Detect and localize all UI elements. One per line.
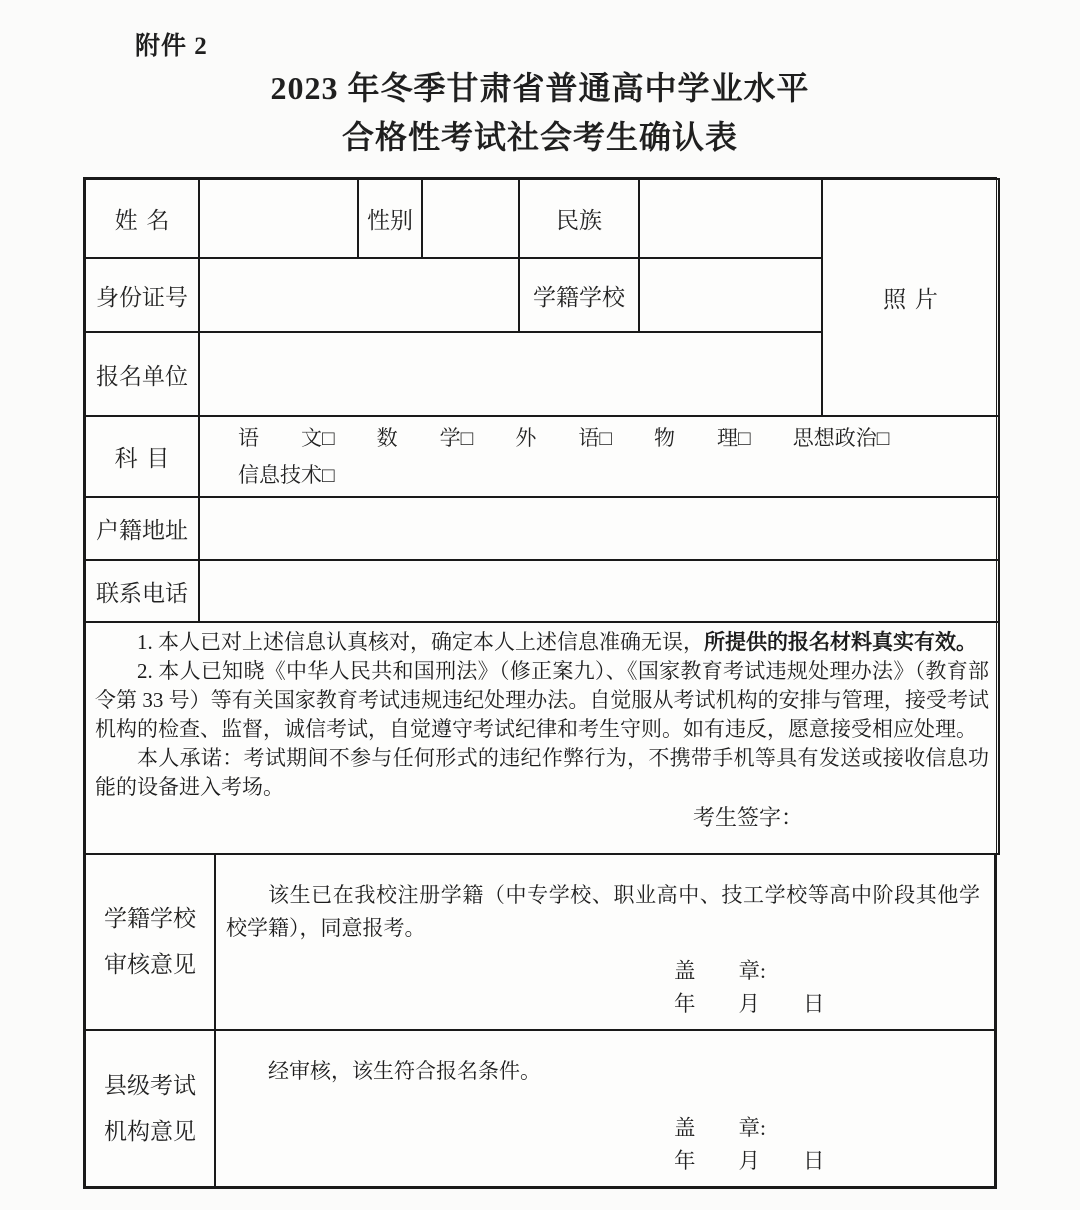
county-review-label-line2: 机构意见 (86, 1109, 214, 1155)
name-value-cell (199, 179, 358, 258)
registration-unit-label: 报名单位 (85, 332, 199, 416)
subjects-line2: 信息技术□ (238, 457, 998, 494)
school-review-label-line2: 审核意见 (86, 942, 214, 988)
school-review-stamp-block: 盖 章: 年 月 日 (674, 955, 980, 1021)
declaration-item1: 1. 本人已对上述信息认真核对，确定本人上述信息准确无误，所提供的报名材料真实有… (95, 628, 989, 657)
row-county-review: 县级考试 机构意见 经审核，该生符合报名条件。 盖 章: 年 月 日 (85, 1030, 995, 1187)
subjects-label: 科目 (85, 416, 199, 497)
household-address-label: 户籍地址 (85, 497, 199, 560)
declaration-cell: 1. 本人已对上述信息认真核对，确定本人上述信息准确无误，所提供的报名材料真实有… (85, 622, 999, 854)
county-review-date-label: 年 月 日 (674, 1145, 980, 1178)
subjects-line1: 语 文□ 数 学□ 外 语□ 物 理□ 思想政治□ (238, 420, 998, 457)
id-number-value-cell (199, 258, 519, 332)
row-contact-phone: 联系电话 (85, 560, 999, 622)
row-household-address: 户籍地址 (85, 497, 999, 560)
county-review-label-line1: 县级考试 (86, 1063, 214, 1109)
gender-value-cell (422, 179, 519, 258)
household-address-value-cell (199, 497, 999, 560)
id-number-label: 身份证号 (85, 258, 199, 332)
attachment-label: 附件 2 (135, 26, 208, 62)
school-review-stamp-label: 盖 章: (674, 955, 980, 988)
county-review-content-cell: 经审核，该生符合报名条件。 盖 章: 年 月 日 (215, 1030, 995, 1187)
ethnicity-value-cell (639, 179, 822, 258)
registration-unit-value-cell (199, 332, 822, 416)
declaration-item1-text: 1. 本人已对上述信息认真核对，确定本人上述信息准确无误， (137, 630, 704, 654)
school-review-content: 该生已在我校注册学籍（中专学校、职业高中、技工学校等高中阶段其他学校学籍），同意… (226, 879, 980, 945)
row-declaration: 1. 本人已对上述信息认真核对，确定本人上述信息准确无误，所提供的报名材料真实有… (85, 622, 999, 854)
row-subjects: 科目 语 文□ 数 学□ 外 语□ 物 理□ 思想政治□ 信息技术□ (85, 416, 999, 497)
review-opinions-table: 学籍学校 审核意见 该生已在我校注册学籍（中专学校、职业高中、技工学校等高中阶段… (84, 855, 996, 1188)
photo-box: 照片 (822, 179, 999, 416)
subjects-options: 语 文□ 数 学□ 外 语□ 物 理□ 思想政治□ 信息技术□ (199, 416, 999, 497)
declaration-item2: 2. 本人已知晓《中华人民共和国刑法》（修正案九）、《国家教育考试违规处理办法》… (95, 657, 989, 744)
ethnicity-label: 民族 (519, 179, 639, 258)
document-page: 附件 2 2023 年冬季甘肃省普通高中学业水平 合格性考试社会考生确认表 姓名… (0, 0, 1080, 1210)
confirmation-form-table: 姓名 性别 民族 照片 身份证号 学籍学校 报名单位 科目 (83, 177, 997, 1189)
county-review-label: 县级考试 机构意见 (85, 1030, 215, 1187)
row-school-review: 学籍学校 审核意见 该生已在我校注册学籍（中专学校、职业高中、技工学校等高中阶段… (85, 855, 995, 1030)
form-title: 2023 年冬季甘肃省普通高中学业水平 合格性考试社会考生确认表 (83, 64, 997, 162)
declaration-item1-bold: 所提供的报名材料真实有效。 (704, 630, 977, 654)
registered-school-value-cell (639, 258, 822, 332)
county-review-content: 经审核，该生符合报名条件。 (226, 1055, 980, 1088)
row-name-gender-ethnicity: 姓名 性别 民族 照片 (85, 179, 999, 258)
form-title-line2: 合格性考试社会考生确认表 (83, 113, 997, 162)
gender-label: 性别 (358, 179, 422, 258)
form-title-line1: 2023 年冬季甘肃省普通高中学业水平 (83, 64, 997, 113)
school-review-label-line1: 学籍学校 (86, 896, 214, 942)
registered-school-label: 学籍学校 (519, 258, 639, 332)
county-review-stamp-label: 盖 章: (674, 1112, 980, 1145)
school-review-content-cell: 该生已在我校注册学籍（中专学校、职业高中、技工学校等高中阶段其他学校学籍），同意… (215, 855, 995, 1030)
county-review-stamp-block: 盖 章: 年 月 日 (674, 1112, 980, 1178)
candidate-signature-label: 考生签字： (95, 803, 989, 833)
declaration-promise: 本人承诺：考试期间不参与任何形式的违纪作弊行为，不携带手机等具有发送或接收信息功… (95, 744, 989, 802)
personal-info-table: 姓名 性别 民族 照片 身份证号 学籍学校 报名单位 科目 (84, 178, 1000, 855)
school-review-label: 学籍学校 审核意见 (85, 855, 215, 1030)
name-label: 姓名 (85, 179, 199, 258)
contact-phone-value-cell (199, 560, 999, 622)
contact-phone-label: 联系电话 (85, 560, 199, 622)
school-review-date-label: 年 月 日 (674, 988, 980, 1021)
